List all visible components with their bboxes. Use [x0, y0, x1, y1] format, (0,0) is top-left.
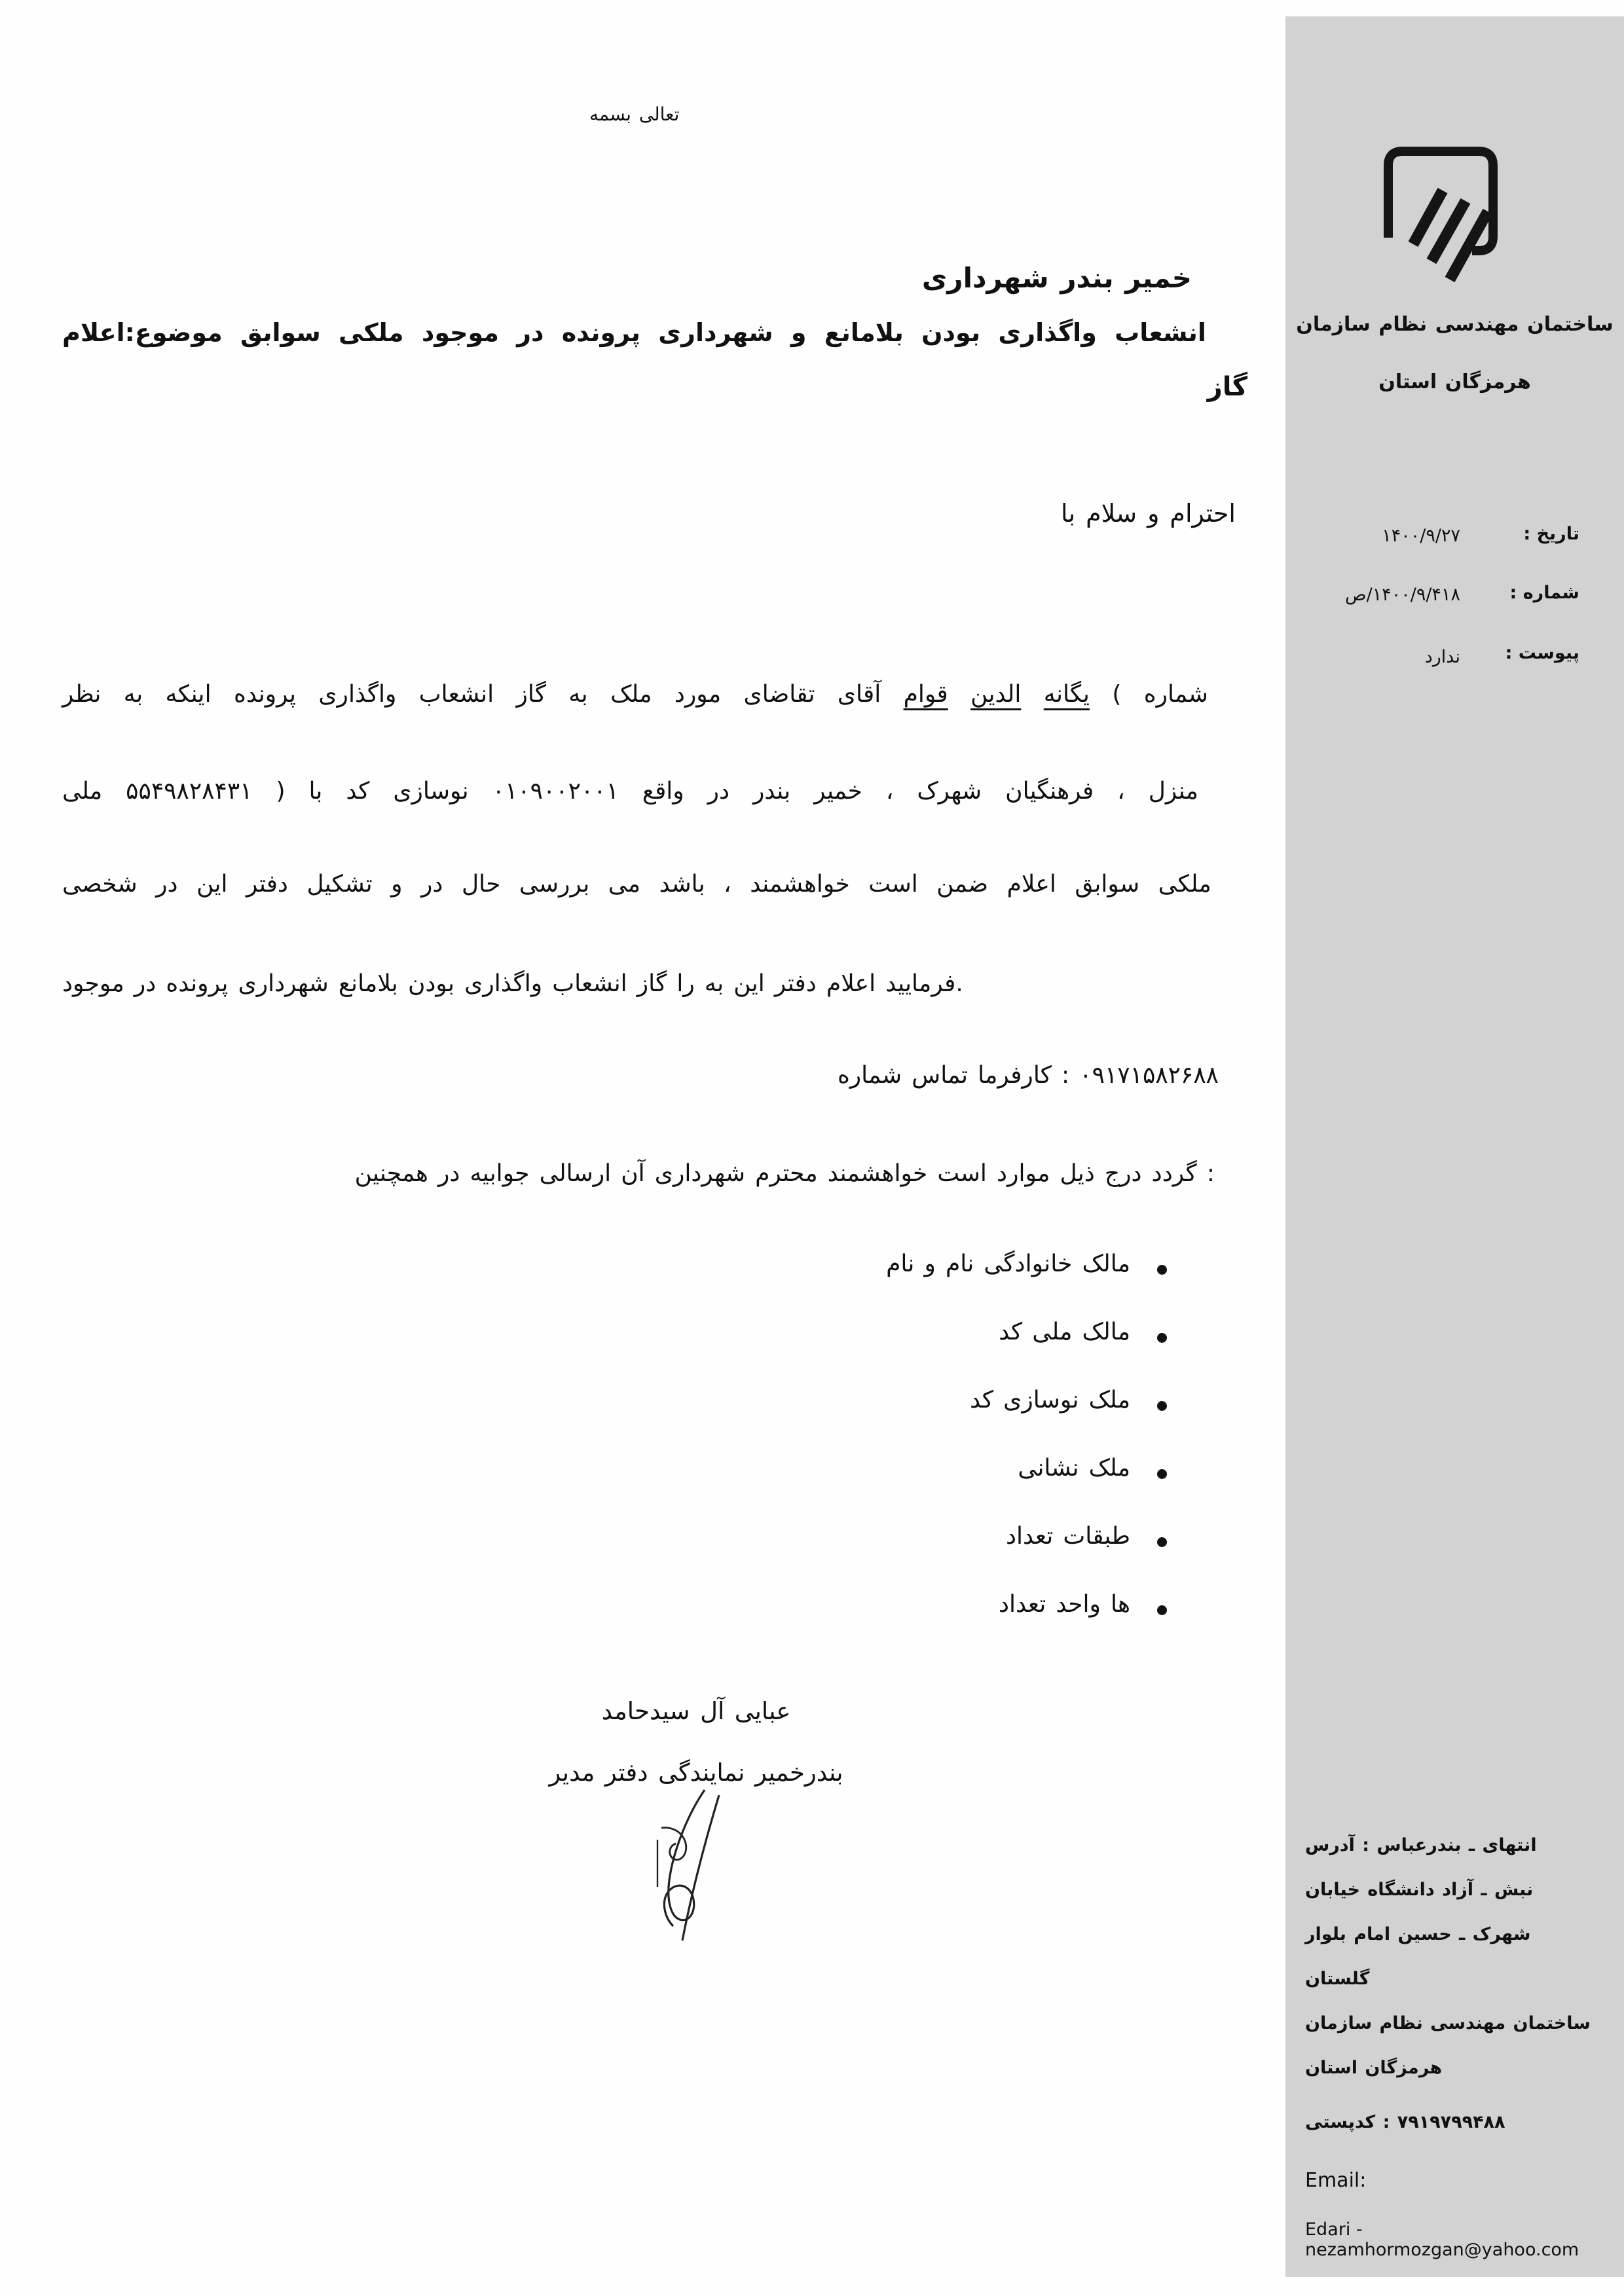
bullet-item-3: کدنوسازیملک	[970, 1387, 1130, 1413]
bullet-item-5: تعدادطبقات	[1006, 1523, 1130, 1550]
bullet-dot-4	[1157, 1469, 1167, 1479]
date-label: تاریخ :	[1523, 524, 1579, 544]
date-value: ۱۴۰۰/۹/۲۷	[1382, 526, 1460, 546]
handwritten-signature-icon	[642, 1789, 740, 1942]
bullet-item-2: کدملیمالک	[999, 1319, 1130, 1345]
signer-title: مدیردفترنمایندگیبندرخمیر	[549, 1758, 843, 1787]
address-line-6: استانهرمزگان	[1305, 2058, 1442, 2078]
body-line-2: ملی۵۵۴۹۸۲۸۴۳۱)باکدنوسازی۰۱۰۹۰۰۲۰۰۱واقعدر…	[62, 778, 1198, 805]
postal-code-line: کدپستی:۷۹۱۹۷۹۹۴۸۸	[1305, 2112, 1505, 2132]
bullet-dot-5	[1157, 1537, 1167, 1547]
body-line-3: شخصیدرایندفترتشکیلودرحالبررسیمیباشد،خواه…	[62, 871, 1211, 898]
bullet-dot-1	[1157, 1265, 1167, 1275]
bullet-dot-6	[1157, 1605, 1167, 1615]
signer-title-row: مدیردفترنمایندگیبندرخمیر	[523, 1758, 870, 1787]
address-line-3: بلوارامامحسینـشهرک	[1305, 1924, 1530, 1944]
recipient-heading: شهرداریبندرخمیر	[922, 262, 1192, 294]
employer-phone-line: شمارهتماسکارفرما:۰۹۱۷۱۵۸۲۶۸۸	[838, 1062, 1219, 1089]
letter-page: سازماننظاممهندسیساختمان استانهرمزگان تار…	[0, 0, 1624, 2296]
address-line-5: سازماننظاممهندسیساختمان	[1305, 2013, 1591, 2033]
body-line-4: موجوددرپروندهشهرداریبلامانعبودنواگذاریان…	[62, 970, 963, 997]
address-line-2: خیاباندانشگاهآزادـنبش	[1305, 1880, 1533, 1900]
signer-name: سیدحامدآلعبایی	[602, 1697, 791, 1725]
bullet-dot-2	[1157, 1333, 1167, 1343]
org-name-line2: استانهرمزگان	[1285, 371, 1624, 393]
number-label: شماره :	[1510, 583, 1579, 603]
org-name-line1: سازماننظاممهندسیساختمان	[1285, 313, 1624, 336]
bullet-item-4: نشانیملک	[1018, 1455, 1130, 1482]
org-name-line2-text: استانهرمزگان	[1378, 371, 1531, 393]
org-name-line1-text: سازماننظاممهندسیساختمان	[1296, 313, 1613, 336]
bullet-item-1: نامونامخانوادگیمالک	[886, 1250, 1130, 1277]
bismillah-text: بسمهتعالی	[589, 103, 679, 125]
request-line: همچنیندرجوابیهارسالیآنشهرداریمحترمخواهشم…	[355, 1160, 1215, 1187]
address-line-4: گلستان	[1305, 1969, 1369, 1989]
attachment-label: پیوست :	[1505, 643, 1579, 663]
bullet-item-6: تعدادواحدها	[999, 1591, 1130, 1618]
attachment-value: ندارد	[1425, 647, 1460, 667]
subject-line-1: موضوع:اعلامسوابقملکیموجوددرپروندهشهرداری…	[62, 318, 1206, 347]
email-address: Edari - nezamhormozgan@yahoo.com	[1305, 2219, 1624, 2260]
salutation: باسلامواحترام	[1061, 499, 1236, 528]
email-label: Email:	[1305, 2169, 1366, 2192]
address-line-1: آدرس:بندرعباسـانتهای	[1305, 1835, 1537, 1855]
organization-logo-icon	[1375, 141, 1506, 288]
number-value: ۱۴۰۰/۹/۴۱۸/ص	[1345, 585, 1460, 605]
sidebar-panel: سازماننظاممهندسیساختمان استانهرمزگان تار…	[1285, 16, 1624, 2277]
body-line-1: نظربهاینکهپروندهواگذاریانشعابگازبهملکمور…	[62, 681, 1208, 708]
bullet-dot-3	[1157, 1401, 1167, 1411]
signer-name-row: سیدحامدآلعبایی	[523, 1697, 870, 1725]
subject-line-2: گاز	[1208, 372, 1247, 402]
